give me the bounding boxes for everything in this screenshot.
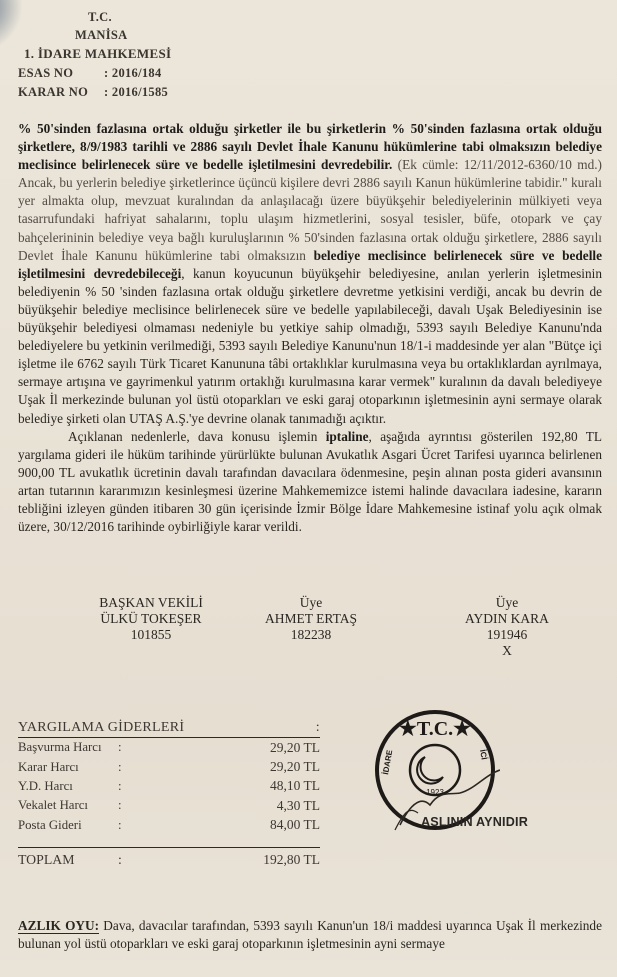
cost-label: Karar Harcı xyxy=(18,760,118,775)
bold-annulment: iptaline xyxy=(326,429,369,444)
signature-member-1: Üye AHMET ERTAŞ 182238 xyxy=(226,595,396,643)
cost-amount: 48,10 TL xyxy=(138,778,320,794)
cost-row: Karar Harcı:29,20 TL xyxy=(18,757,320,776)
decision-body: % 50'sinden fazlasına ortak olduğu şirke… xyxy=(18,120,602,536)
cost-amount: 29,20 TL xyxy=(138,759,320,775)
sig-name: ÜLKÜ TOKEŞER xyxy=(66,611,236,627)
cost-label: Vekalet Harcı xyxy=(18,798,118,813)
dissenting-opinion: AZLIK OYU: Dava, davacılar tarafından, 5… xyxy=(18,917,602,953)
cost-row: Başvurma Harcı:29,20 TL xyxy=(18,738,320,757)
dissent-text: Dava, davacılar tarafından, 5393 sayılı … xyxy=(18,918,602,951)
dissent-label: AZLIK OYU: xyxy=(18,918,99,934)
sig-number: 191946 xyxy=(422,627,592,643)
header-court: 1. İDARE MAHKEMESİ xyxy=(24,45,171,63)
cost-label: Posta Gideri xyxy=(18,818,118,833)
sig-name: AHMET ERTAŞ xyxy=(226,611,396,627)
costs-title: YARGILAMA GİDERLERİ : xyxy=(18,720,320,738)
cost-row: Posta Gideri:84,00 TL xyxy=(18,816,320,835)
sig-mark: X xyxy=(422,643,592,659)
esas-value: : 2016/184 xyxy=(104,64,162,82)
sig-number: 101855 xyxy=(66,627,236,643)
header-tc: T.C. xyxy=(88,8,112,26)
reasoning-text-b: , kanun koyucunun büyükşehir belediyesin… xyxy=(18,266,602,426)
karar-label: KARAR NO xyxy=(18,83,88,101)
cost-row: Vekalet Harcı:4,30 TL xyxy=(18,796,320,815)
cost-amount: 29,20 TL xyxy=(138,740,320,756)
sig-name: AYDIN KARA xyxy=(422,611,592,627)
cost-row: Y.D. Harcı:48,10 TL xyxy=(18,777,320,796)
sig-number: 182238 xyxy=(226,627,396,643)
photo-corner-shadow xyxy=(0,0,42,52)
sig-role: Üye xyxy=(422,595,592,611)
stamp-tc: ★T.C.★ xyxy=(399,718,471,740)
judgment-text-b: , aşağıda ayrıntısı gösterilen 192,80 TL… xyxy=(18,429,602,534)
paragraph-reasoning: % 50'sinden fazlasına ortak olduğu şirke… xyxy=(18,120,602,428)
cost-label: Y.D. Harcı xyxy=(18,779,118,794)
header-city: MANİSA xyxy=(75,26,128,44)
svg-text:İDARE: İDARE xyxy=(381,749,394,776)
signature-chair: BAŞKAN VEKİLİ ÜLKÜ TOKEŞER 101855 xyxy=(66,595,236,643)
sig-role: Üye xyxy=(226,595,396,611)
certified-copy-label: ASLININ AYNIDIR xyxy=(421,815,528,829)
paragraph-judgment: Açıklanan nedenlerle, dava konusu işlemi… xyxy=(18,428,602,537)
sig-role: BAŞKAN VEKİLİ xyxy=(66,595,236,611)
court-costs-table: YARGILAMA GİDERLERİ : Başvurma Harcı:29,… xyxy=(18,720,320,869)
karar-value: : 2016/1585 xyxy=(104,83,168,101)
esas-label: ESAS NO xyxy=(18,64,73,82)
costs-total-row: TOPLAM : 192,80 TL xyxy=(18,847,320,869)
svg-text:İCİ: İCİ xyxy=(478,749,489,761)
cost-amount: 4,30 TL xyxy=(138,798,320,814)
cost-label: Başvurma Harcı xyxy=(18,740,118,755)
cost-rows: Başvurma Harcı:29,20 TLKarar Harcı:29,20… xyxy=(18,738,320,835)
signature-member-2: Üye AYDIN KARA 191946 X xyxy=(422,595,592,659)
judgment-text-a: Açıklanan nedenlerle, dava konusu işlemi… xyxy=(68,429,326,444)
cost-amount: 84,00 TL xyxy=(138,817,320,833)
